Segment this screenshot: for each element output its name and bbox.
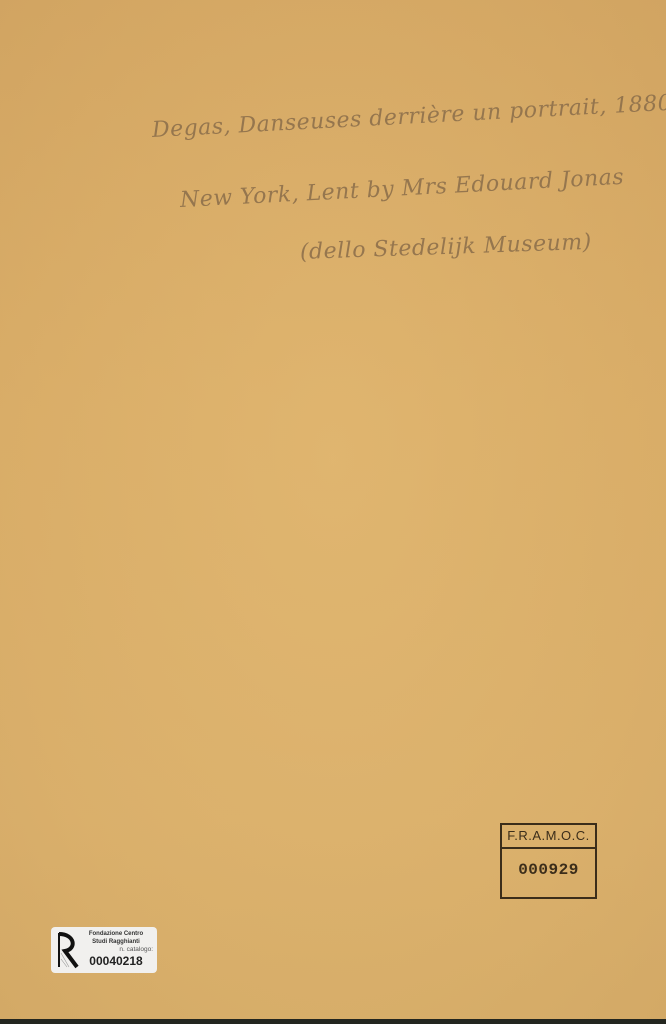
stamp-number: 000929 xyxy=(502,861,595,879)
catalog-label: Fondazione Centro Studi Ragghianti n. ca… xyxy=(51,927,157,973)
label-line-2: Studi Ragghianti xyxy=(79,938,153,946)
ragghianti-r-logo-icon xyxy=(57,931,79,969)
framoc-stamp: F.R.A.M.O.C. 000929 xyxy=(500,823,597,899)
label-catalog-number: 00040218 xyxy=(79,954,153,968)
label-line-1: Fondazione Centro xyxy=(79,930,153,938)
stamp-header: F.R.A.M.O.C. xyxy=(502,825,595,849)
label-catalog-caption: n. catalogo: xyxy=(79,946,153,954)
scan-bottom-edge xyxy=(0,1019,666,1024)
